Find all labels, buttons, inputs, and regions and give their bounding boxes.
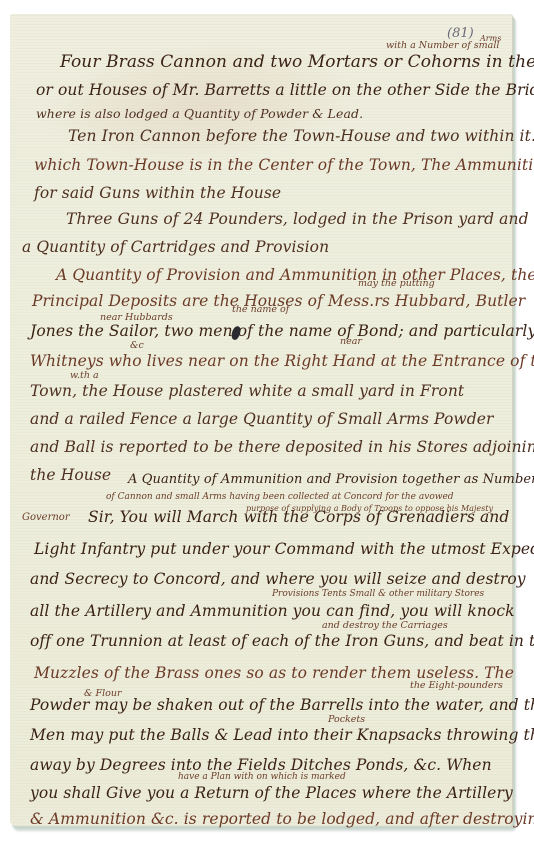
- margin-note-near: near: [340, 336, 362, 347]
- text-line-6: for said Guns within the House: [34, 184, 281, 202]
- margin-note-eight-pounders: the Eight-pounders: [410, 680, 503, 691]
- text-line-17: A Quantity of Ammunition and Provision t…: [128, 472, 534, 487]
- text-line-4: Ten Iron Cannon before the Town-House an…: [68, 127, 534, 145]
- text-line-5: which Town-House is in the Center of the…: [34, 156, 534, 174]
- text-line-16: the House: [30, 466, 111, 484]
- text-line-3: where is also lodged a Quantity of Powde…: [36, 106, 363, 121]
- margin-note-provisions: Provisions Tents Small & other military …: [272, 589, 484, 599]
- text-line-12: Whitneys who lives near on the Right Han…: [30, 352, 534, 370]
- margin-note-small-arms: with a Number of small: [386, 40, 499, 51]
- margin-note-name-of: the name of: [232, 304, 289, 315]
- margin-note-with-a: w.th a: [70, 370, 99, 381]
- margin-note-sailor: &c: [130, 340, 144, 351]
- text-line-18: Sir, You will March with the Corps of Gr…: [88, 508, 509, 526]
- page-number: (81): [447, 26, 474, 41]
- text-line-14: and a railed Fence a large Quantity of S…: [30, 410, 494, 428]
- text-line-24: Powder may be shaken out of the Barrells…: [30, 696, 534, 714]
- manuscript-page: (81) Arms with a Number of small Four Br…: [10, 14, 513, 826]
- margin-note-plan: have a Plan with on which is marked: [178, 772, 346, 782]
- text-line-1: Four Brass Cannon and two Mortars or Coh…: [60, 52, 534, 72]
- text-line-8: a Quantity of Cartridges and Provision: [22, 238, 329, 256]
- text-line-27: you shall Give you a Return of the Place…: [30, 784, 513, 802]
- text-line-22: off one Trunnion at least of each of the…: [30, 632, 534, 650]
- margin-note-sir-insert: of Cannon and small Arms having been col…: [106, 492, 454, 502]
- text-line-11: Jones the Sailor, two men of the name of…: [30, 322, 534, 340]
- text-line-21: all the Artillery and Ammunition you can…: [30, 602, 515, 620]
- text-line-7: Three Guns of 24 Pounders, lodged in the…: [66, 210, 529, 228]
- text-line-19: Light Infantry put under your Command wi…: [34, 540, 534, 558]
- text-line-15: and Ball is reported to be there deposit…: [30, 438, 534, 456]
- margin-note-pockets: Pockets: [328, 714, 365, 725]
- text-line-13: Town, the House plastered white a small …: [30, 382, 464, 400]
- margin-note-putting: may the putting: [358, 278, 435, 289]
- text-line-25: Men may put the Balls & Lead into their …: [30, 726, 534, 744]
- text-line-9: A Quantity of Provision and Ammunition i…: [56, 266, 534, 284]
- text-line-20: and Secrecy to Concord, and where you wi…: [30, 570, 526, 588]
- margin-note-governor: Governor: [22, 512, 70, 523]
- text-line-2: or out Houses of Mr. Barretts a little o…: [36, 81, 534, 99]
- margin-note-carriages: and destroy the Carriages: [322, 620, 448, 631]
- text-line-28: & Ammunition &c. is reported to be lodge…: [30, 810, 534, 828]
